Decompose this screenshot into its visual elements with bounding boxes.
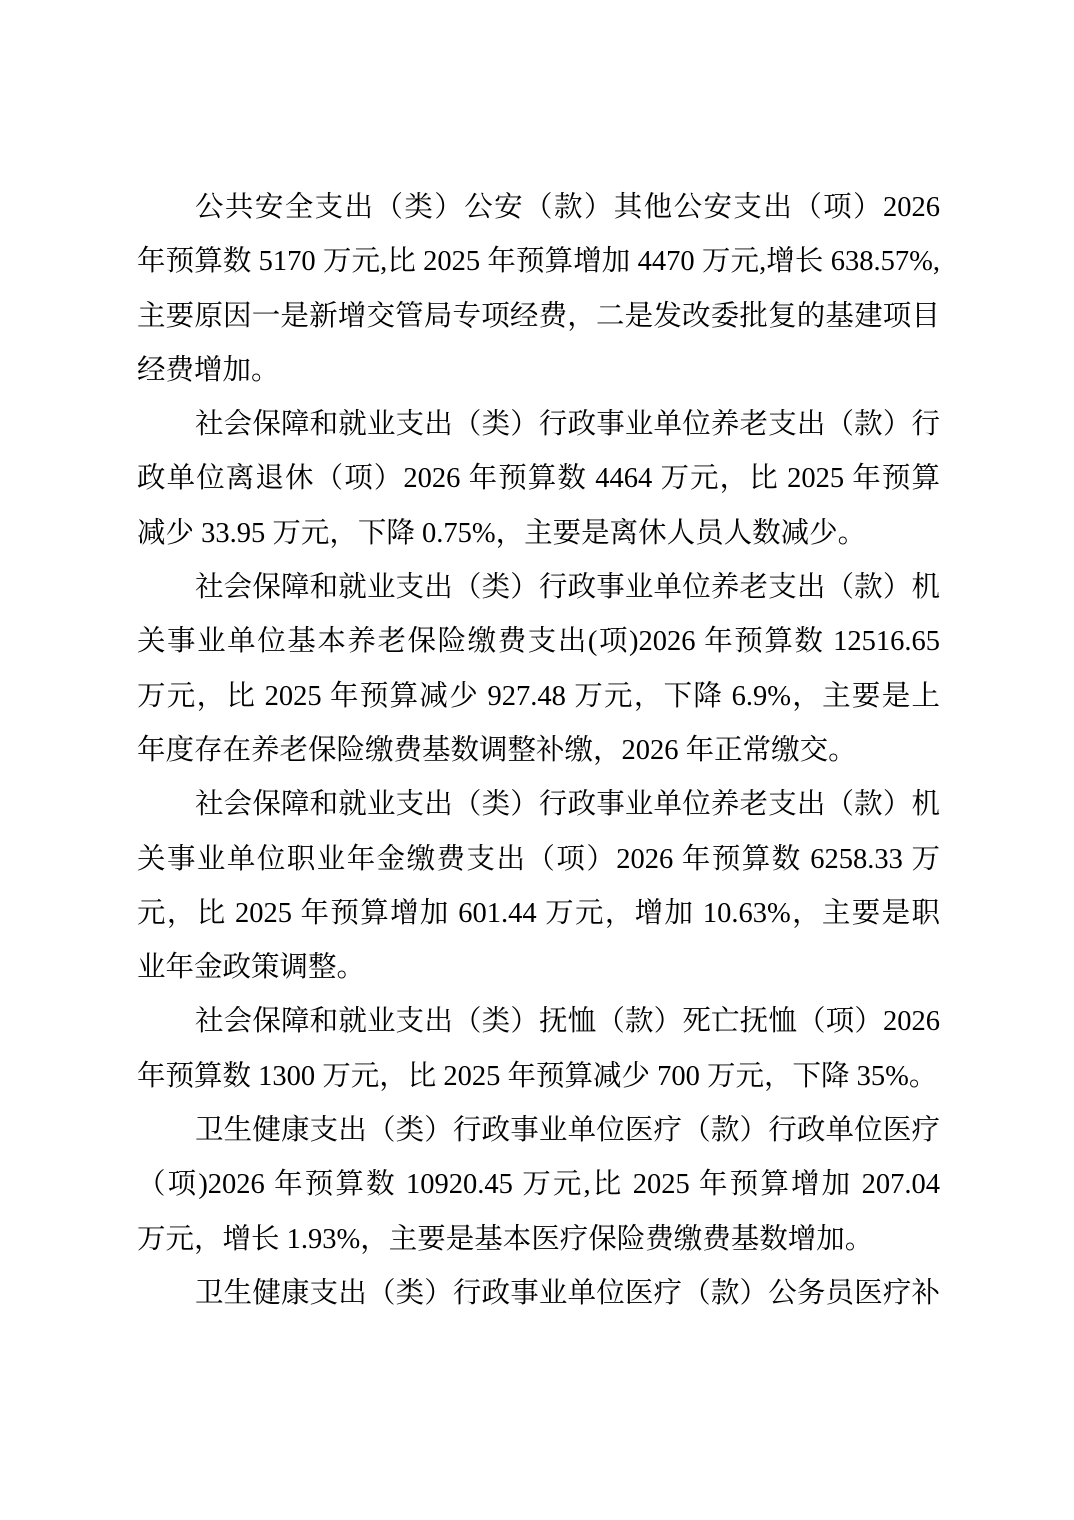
page-body-text: 公共安全支出（类）公安（款）其他公安支出（项）2026年预算数 5170 万元,…: [137, 181, 940, 1321]
text-line: 社会保障和就业支出（类）行政事业单位养老支出（款）行: [137, 398, 940, 452]
document-page: 公共安全支出（类）公安（款）其他公安支出（项）2026年预算数 5170 万元,…: [0, 0, 1074, 1520]
text-line: 关事业单位职业年金缴费支出（项）2026 年预算数 6258.33 万: [137, 833, 940, 887]
text-line: 年预算数 5170 万元,比 2025 年预算增加 4470 万元,增长 638…: [137, 235, 940, 289]
text-line: 经费增加。: [137, 344, 940, 398]
text-line: 社会保障和就业支出（类）行政事业单位养老支出（款）机: [137, 778, 940, 832]
text-line: （项)2026 年预算数 10920.45 万元,比 2025 年预算增加 20…: [137, 1158, 940, 1212]
text-line: 业年金政策调整。: [137, 941, 940, 995]
text-line: 社会保障和就业支出（类）抚恤（款）死亡抚恤（项）2026: [137, 995, 940, 1049]
text-line: 公共安全支出（类）公安（款）其他公安支出（项）2026: [137, 181, 940, 235]
text-line: 万元，比 2025 年预算减少 927.48 万元，下降 6.9%，主要是上: [137, 670, 940, 724]
text-line: 万元，增长 1.93%，主要是基本医疗保险费缴费基数增加。: [137, 1213, 940, 1267]
text-line: 政单位离退休（项）2026 年预算数 4464 万元，比 2025 年预算: [137, 452, 940, 506]
text-line: 元，比 2025 年预算增加 601.44 万元，增加 10.63%，主要是职: [137, 887, 940, 941]
text-line: 关事业单位基本养老保险缴费支出(项)2026 年预算数 12516.65: [137, 615, 940, 669]
text-line: 年度存在养老保险缴费基数调整补缴，2026 年正常缴交。: [137, 724, 940, 778]
text-line: 主要原因一是新增交管局专项经费，二是发改委批复的基建项目: [137, 290, 940, 344]
text-line: 社会保障和就业支出（类）行政事业单位养老支出（款）机: [137, 561, 940, 615]
text-line: 卫生健康支出（类）行政事业单位医疗（款）行政单位医疗: [137, 1104, 940, 1158]
text-line: 年预算数 1300 万元，比 2025 年预算减少 700 万元，下降 35%。: [137, 1050, 940, 1104]
text-line: 卫生健康支出（类）行政事业单位医疗（款）公务员医疗补: [137, 1267, 940, 1321]
text-line: 减少 33.95 万元，下降 0.75%，主要是离休人员人数减少。: [137, 507, 940, 561]
